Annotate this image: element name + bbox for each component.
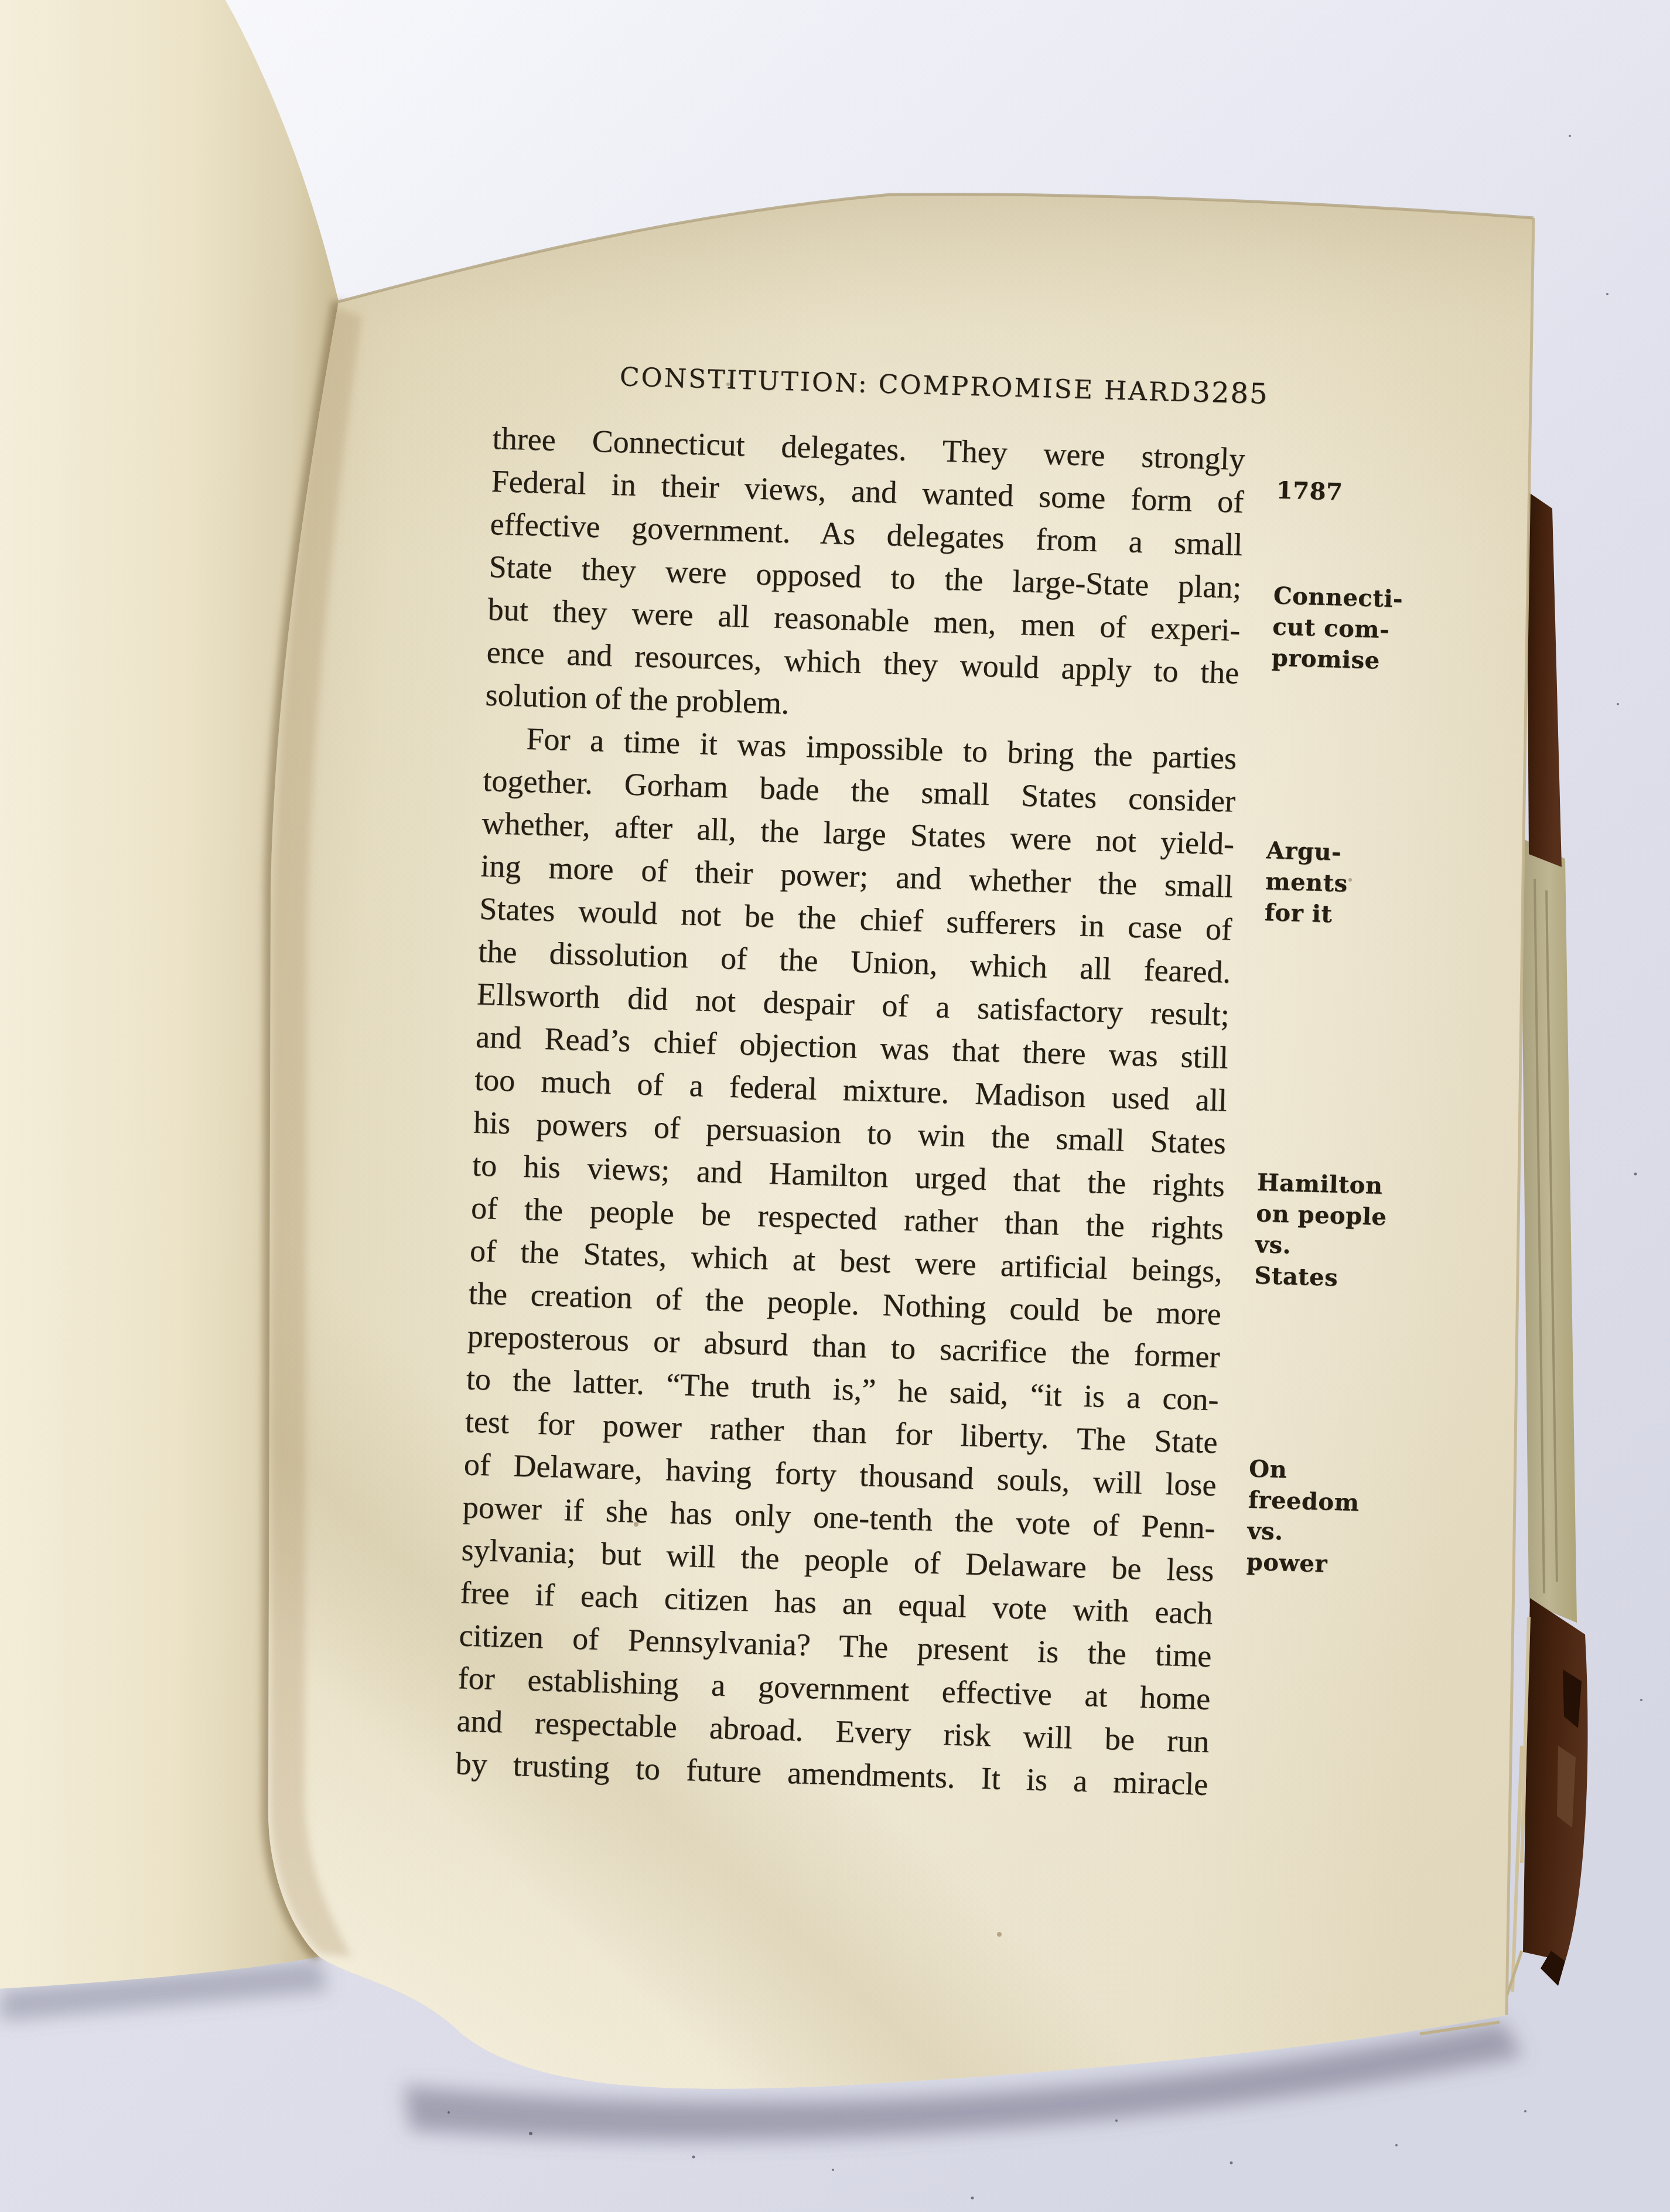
margin-note-connecticut-compromise: Connecti- cut com- promise — [1271, 580, 1449, 678]
margin-note-hamilton: Hamilton on people vs. States — [1254, 1167, 1433, 1296]
margin-note-freedom-vs-power: On freedom vs. power — [1246, 1453, 1425, 1582]
margin-note-year: 1787 — [1276, 475, 1452, 510]
book-photo-scene: CONSTITUTION: COMPROMISE HARD 3285 three… — [0, 0, 1670, 2212]
margin-note-arguments-for-it: Argu- ments for it — [1264, 835, 1442, 933]
page-number: 3285 — [1192, 376, 1269, 411]
body-text: three Connecticut delegates. They were s… — [455, 417, 1246, 1806]
header-title: CONSTITUTION: COMPROMISE HARD — [619, 362, 1193, 408]
page-content: CONSTITUTION: COMPROMISE HARD 3285 three… — [452, 351, 1502, 1902]
